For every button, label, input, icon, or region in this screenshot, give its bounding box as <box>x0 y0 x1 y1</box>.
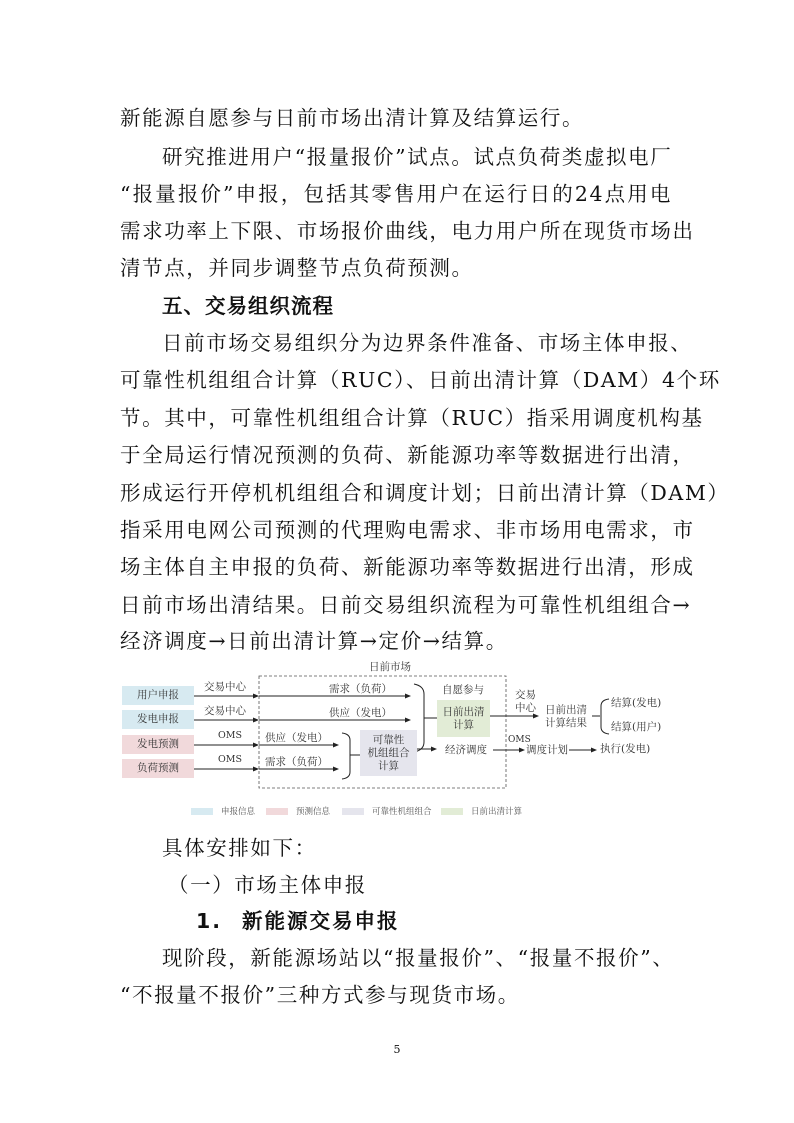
legend-swatch <box>266 808 288 815</box>
legend-item: 申报信息 <box>191 806 255 816</box>
input-label: 用户申报 <box>137 689 179 702</box>
legend-item: 日前出清计算 <box>441 806 522 816</box>
legend-swatch <box>342 808 364 815</box>
dam-result-label: 计算结果 <box>545 717 587 729</box>
ruc-label: 机组组合 <box>368 747 410 760</box>
execute-gen-label: 执行(发电) <box>600 743 650 755</box>
legend-label: 申报信息 <box>221 805 255 817</box>
paragraph-line: 具体安排如下： <box>162 836 672 860</box>
flow-label: 需求（负荷） <box>265 756 328 768</box>
ruc-label: 计算 <box>378 760 399 773</box>
settlement-user-label: 结算(用户) <box>611 721 661 733</box>
ruc-box: 可靠性 机组组合 计算 <box>360 730 417 776</box>
input-load-forecast: 负荷预测 <box>122 759 194 778</box>
dam-label: 日前出清 <box>443 706 485 719</box>
item-heading: 1.新能源交易申报 <box>196 909 748 933</box>
market-title: 日前市场 <box>369 661 411 673</box>
trade-center-label: 交易 <box>515 689 536 701</box>
settlement-gen-label: 结算(发电) <box>611 697 661 709</box>
input-gen-bid: 发电申报 <box>122 710 194 729</box>
via-label: 交易中心 <box>204 705 246 717</box>
input-user-bid: 用户申报 <box>122 686 194 705</box>
item-title: 新能源交易申报 <box>242 909 400 933</box>
via-label: OMS <box>218 754 242 766</box>
via-label: OMS <box>218 730 242 742</box>
trade-center-label: 中心 <box>515 702 536 714</box>
via-label: 交易中心 <box>204 681 246 693</box>
legend-swatch <box>191 808 213 815</box>
item-number: 1. <box>196 909 242 933</box>
legend-label: 日前出清计算 <box>471 805 522 817</box>
input-label: 发电预测 <box>137 738 179 751</box>
ruc-label: 可靠性 <box>373 734 405 747</box>
subsection-heading: （一）市场主体申报 <box>168 873 720 897</box>
legend-swatch <box>441 808 463 815</box>
legend-label: 预测信息 <box>296 805 330 817</box>
paragraph-line: “不报量不报价”三种方式参与现货市场。 <box>120 983 672 1007</box>
voluntary-label: 自愿参与 <box>442 684 484 696</box>
flow-label: 供应（发电） <box>329 707 392 719</box>
paragraph-line: 现阶段，新能源场站以“报量报价”、“报量不报价”、 <box>162 946 672 970</box>
input-gen-forecast: 发电预测 <box>122 735 194 754</box>
dispatch-plan-label: 调度计划 <box>526 744 568 756</box>
input-label: 发电申报 <box>137 713 179 726</box>
input-label: 负荷预测 <box>137 762 179 775</box>
dam-result-label: 日前出清 <box>545 704 587 716</box>
economic-dispatch-label: 经济调度 <box>445 744 487 756</box>
dam-box: 日前出清 计算 <box>437 700 490 737</box>
flow-label: 需求（负荷） <box>329 683 392 695</box>
legend-item: 可靠性机组组合 <box>342 806 432 816</box>
legend-label: 可靠性机组组合 <box>372 805 432 817</box>
dam-label: 计算 <box>453 719 474 732</box>
page-number: 5 <box>0 1043 794 1056</box>
flow-label: 供应（发电） <box>265 732 328 744</box>
legend-item: 预测信息 <box>266 806 330 816</box>
